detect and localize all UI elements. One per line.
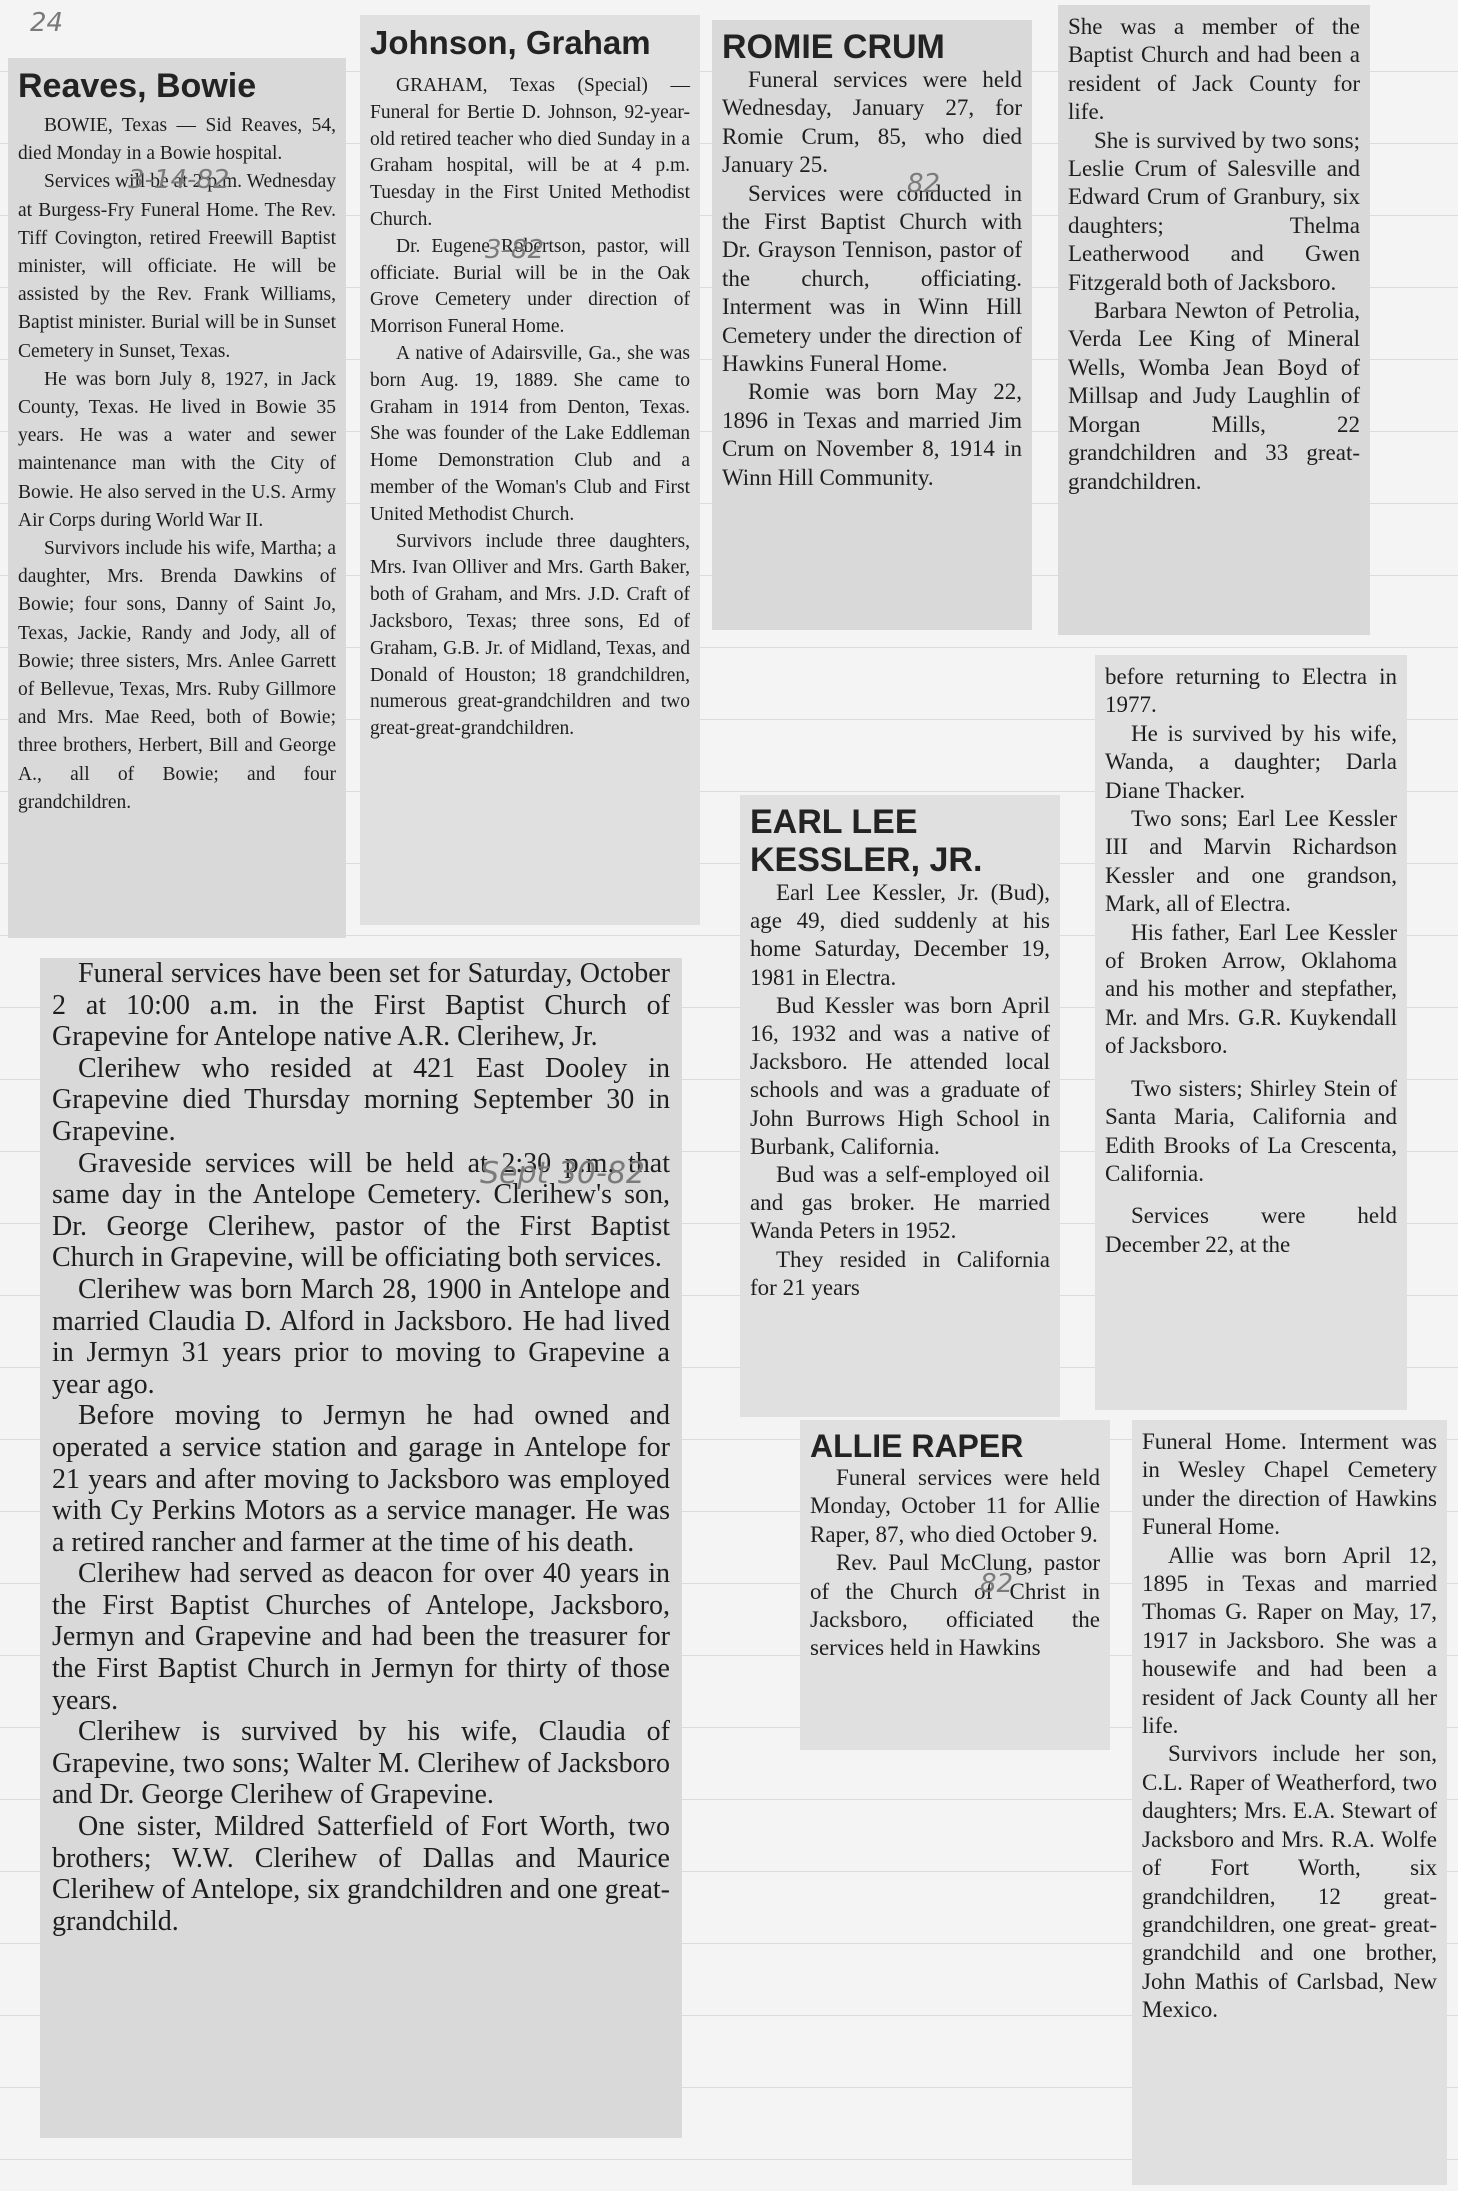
paragraph: Clerihew was born March 28, 1900 in Ante… [52, 1274, 670, 1400]
paragraph: A native of Adairsville, Ga., she was bo… [370, 341, 690, 529]
handwritten-date: 82 [907, 170, 940, 198]
paragraph: Clerihew is survived by his wife, Claudi… [52, 1716, 670, 1811]
obituary-kessler-clipping: EARL LEE KESSLER, JR. Earl Lee Kessler, … [740, 795, 1060, 1417]
paragraph: Services were held December 22, at the [1105, 1202, 1397, 1259]
headline: ROMIE CRUM [722, 28, 1022, 66]
obituary-raper-continued-clipping: Funeral Home. Interment was in Wesley Ch… [1132, 1420, 1447, 2185]
headline-line-1: EARL LEE [750, 803, 1050, 841]
paragraph: She is survived by two sons; Leslie Crum… [1068, 127, 1360, 297]
paragraph: Romie was born May 22, 1896 in Texas and… [722, 378, 1022, 492]
paragraph: Before moving to Jermyn he had owned and… [52, 1400, 670, 1558]
paragraph: He is survived by his wife, Wanda, a dau… [1105, 720, 1397, 805]
obituary-crum-continued-clipping: She was a member of the Baptist Church a… [1058, 5, 1370, 635]
paragraph: Rev. Paul McClung, pastor of the Church … [810, 1549, 1100, 1663]
obituary-clerihew-clipping: Funeral services have been set for Satur… [40, 958, 682, 2138]
handwritten-date: 3-14-82 [128, 166, 229, 194]
paragraph: Earl Lee Kessler, Jr. (Bud), age 49, die… [750, 879, 1050, 992]
headline: ALLIE RAPER [810, 1428, 1100, 1464]
paragraph: They resided in California for 21 years [750, 1246, 1050, 1302]
paragraph: One sister, Mildred Satterfield of Fort … [52, 1811, 670, 1937]
paragraph: Two sisters; Shirley Stein of Santa Mari… [1105, 1075, 1397, 1189]
paragraph: Survivors include her son, C.L. Raper of… [1142, 1740, 1437, 2024]
headline: Reaves, Bowie [18, 66, 336, 106]
handwritten-date: 3-82 [485, 237, 544, 264]
paragraph: Barbara Newton of Petrolia, Verda Lee Ki… [1068, 297, 1360, 496]
paragraph: Clerihew who resided at 421 East Dooley … [52, 1053, 670, 1148]
paragraph: She was a member of the Baptist Church a… [1068, 13, 1360, 127]
paragraph: Funeral services were held Wednesday, Ja… [722, 66, 1022, 180]
paragraph: Allie was born April 12, 1895 in Texas a… [1142, 1542, 1437, 1741]
paragraph: Clerihew had served as deacon for over 4… [52, 1558, 670, 1716]
paragraph: Services will be at 2 p.m. Wednesday at … [18, 168, 336, 365]
paragraph: Survivors include three daughters, Mrs. … [370, 529, 690, 743]
handwritten-date: Sept 30-82 [480, 1158, 645, 1190]
obituary-reaves-clipping: Reaves, Bowie BOWIE, Texas — Sid Reaves,… [8, 58, 346, 938]
paragraph: Services were conducted in the First Bap… [722, 180, 1022, 379]
paragraph: Funeral Home. Interment was in Wesley Ch… [1142, 1428, 1437, 1542]
obituary-crum-clipping: ROMIE CRUM Funeral services were held We… [712, 20, 1032, 630]
handwritten-page-number: 24 [30, 8, 63, 38]
paragraph: Bud Kessler was born April 16, 1932 and … [750, 992, 1050, 1161]
headline-line-2: KESSLER, JR. [750, 841, 1050, 879]
paragraph: Bud was a self-employed oil and gas brok… [750, 1161, 1050, 1246]
paragraph: Two sons; Earl Lee Kessler III and Marvi… [1105, 805, 1397, 919]
paragraph: Survivors include his wife, Martha; a da… [18, 535, 336, 817]
paragraph: He was born July 8, 1927, in Jack County… [18, 366, 336, 535]
paragraph: GRAHAM, Texas (Special) — Funeral for Be… [370, 73, 690, 234]
paragraph: BOWIE, Texas — Sid Reaves, 54, died Mond… [18, 112, 336, 168]
obituary-kessler-continued-clipping: before returning to Electra in 1977. He … [1095, 655, 1407, 1410]
headline: Johnson, Graham [370, 23, 690, 63]
paragraph: Funeral services have been set for Satur… [52, 958, 670, 1053]
obituary-johnson-clipping: Johnson, Graham GRAHAM, Texas (Special) … [360, 15, 700, 925]
paragraph: His father, Earl Lee Kessler of Broken A… [1105, 919, 1397, 1061]
handwritten-date: 82 [980, 1570, 1013, 1598]
paragraph: Funeral services were held Monday, Octob… [810, 1464, 1100, 1549]
paragraph: before returning to Electra in 1977. [1105, 663, 1397, 720]
obituary-raper-clipping: ALLIE RAPER Funeral services were held M… [800, 1420, 1110, 1750]
